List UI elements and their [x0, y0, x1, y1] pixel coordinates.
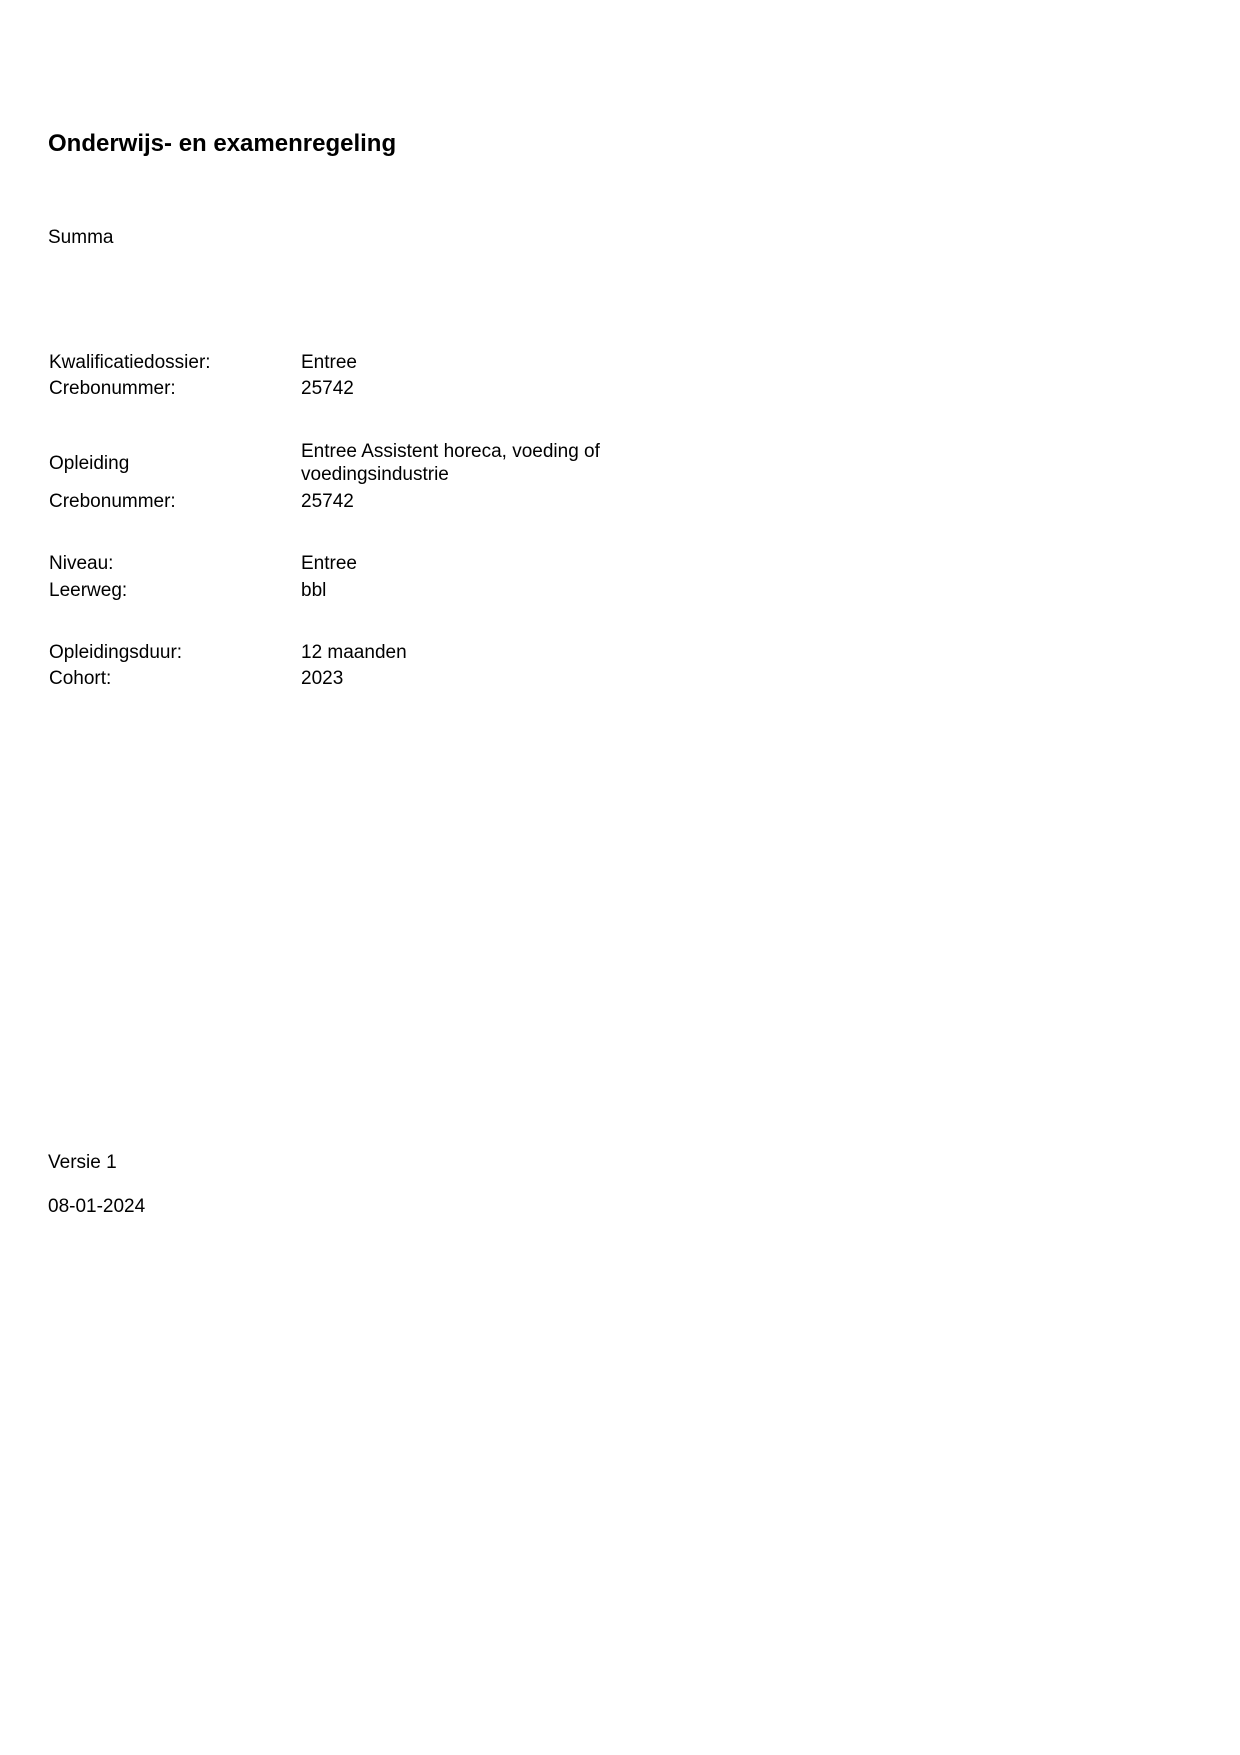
field-value: 12 maanden: [301, 641, 661, 664]
document-date: 08-01-2024: [48, 1196, 145, 1219]
field-row-opleidingsduur: Opleidingsduur: 12 maanden: [49, 641, 661, 664]
field-label: Cohort:: [49, 667, 301, 690]
field-row-opleiding: Opleiding Entree Assistent horeca, voedi…: [49, 440, 661, 486]
field-row-kwalificatiedossier: Kwalificatiedossier: Entree: [49, 351, 661, 374]
field-label: Crebonummer:: [49, 377, 301, 400]
field-value: 25742: [301, 490, 661, 513]
field-row-leerweg: Leerweg: bbl: [49, 579, 661, 602]
field-row-cohort: Cohort: 2023: [49, 667, 661, 690]
field-row-crebonummer: Crebonummer: 25742: [49, 377, 661, 400]
field-label: Niveau:: [49, 552, 301, 575]
field-value: bbl: [301, 579, 661, 602]
field-label: Opleiding: [49, 452, 301, 475]
field-value: Entree: [301, 351, 661, 374]
field-row-niveau: Niveau: Entree: [49, 552, 661, 575]
field-label: Leerweg:: [49, 579, 301, 602]
field-row-crebonummer-opleiding: Crebonummer: 25742: [49, 490, 661, 513]
organization-name: Summa: [48, 227, 113, 250]
field-label: Crebonummer:: [49, 490, 301, 513]
field-label: Kwalificatiedossier:: [49, 351, 301, 374]
field-value: Entree Assistent horeca, voeding of voed…: [301, 440, 661, 486]
field-label: Opleidingsduur:: [49, 641, 301, 664]
document-title: Onderwijs- en examenregeling: [48, 130, 396, 159]
field-value: 2023: [301, 667, 661, 690]
field-value: Entree: [301, 552, 661, 575]
document-version: Versie 1: [48, 1152, 117, 1175]
field-value: 25742: [301, 377, 661, 400]
